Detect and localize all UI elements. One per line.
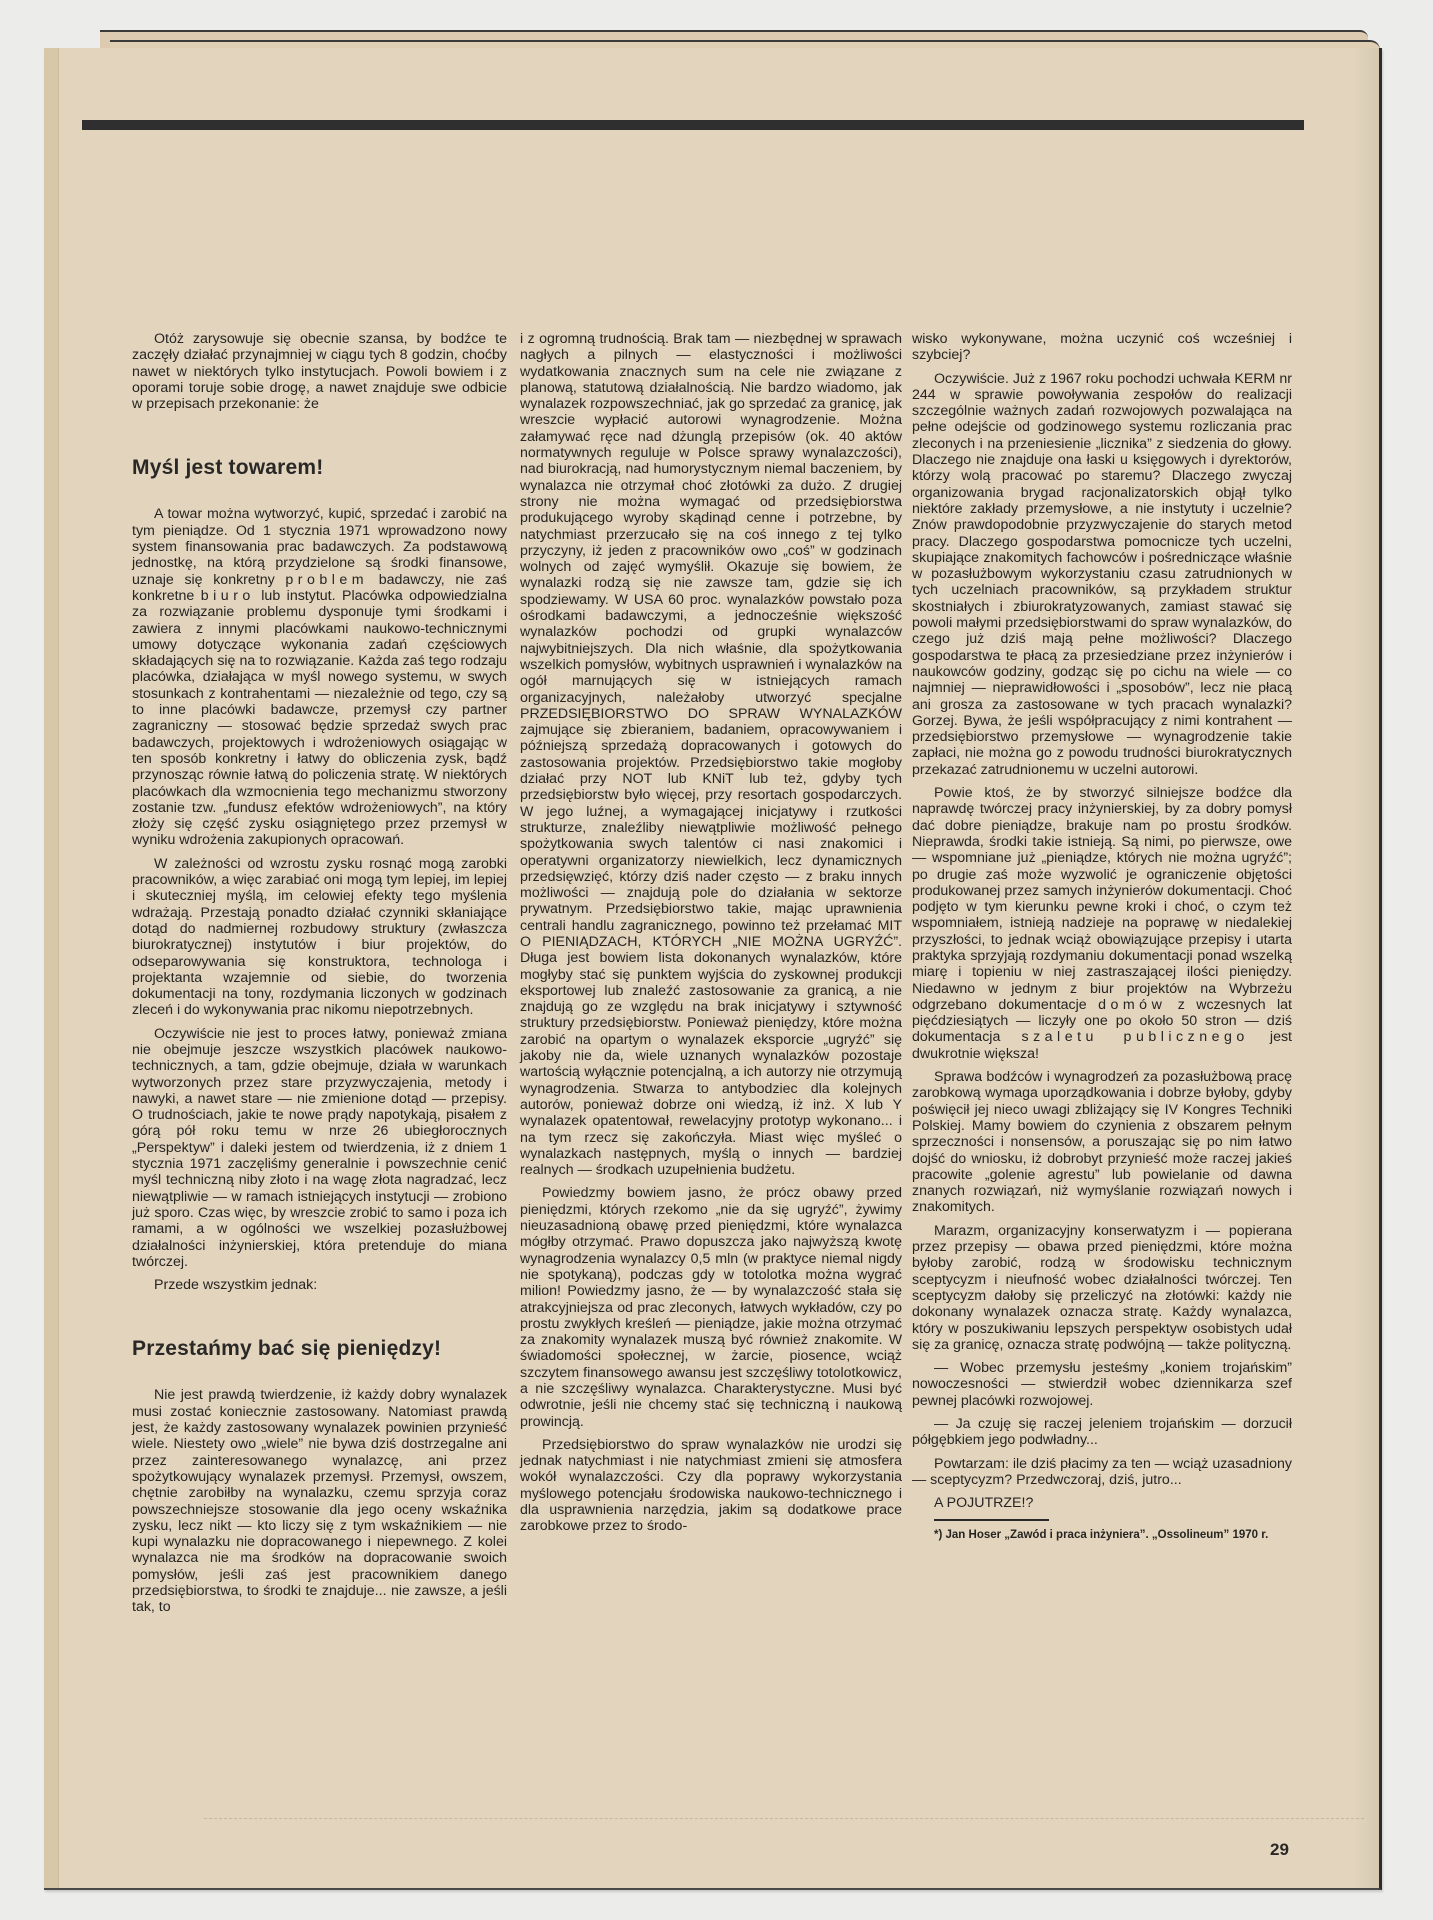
paragraph: i z ogromną trudnością. Brak tam — niezb… — [520, 331, 902, 1178]
column-2: i z ogromną trudnością. Brak tam — niezb… — [520, 331, 902, 1542]
paragraph: Powiedzmy bowiem jasno, że prócz obawy p… — [520, 1185, 902, 1429]
fold-line — [204, 1818, 1364, 1820]
column-3: wisko wykonywane, można uczynić coś wcze… — [912, 331, 1292, 1549]
footnote-divider — [934, 1519, 1049, 1521]
paragraph: wisko wykonywane, można uczynić coś wcze… — [912, 331, 1292, 364]
paragraph: Przedsiębiorstwo do spraw wynalazków nie… — [520, 1437, 902, 1535]
emphasis-spaced: szaletu publicznego — [1021, 1029, 1248, 1045]
section-heading-1: Myśl jest towarem! — [132, 456, 507, 480]
top-rule — [82, 120, 1304, 130]
dialogue-line: — Ja czuję się raczej jeleniem trojański… — [912, 1416, 1292, 1449]
paragraph: Marazm, organizacyjny konserwatyzm i — p… — [912, 1223, 1292, 1353]
paragraph: Otóż zarysowuje się obecnie szansa, by b… — [132, 331, 507, 412]
paragraph: A towar można wytworzyć, kupić, sprzedać… — [132, 506, 507, 848]
emphasis-spaced: domów — [1098, 997, 1166, 1013]
column-1: Otóż zarysowuje się obecnie szansa, by b… — [132, 331, 507, 1623]
paragraph: Powtarzam: ile dziś płacimy za ten — wci… — [912, 1456, 1292, 1489]
emphasis-spaced: problem — [285, 572, 368, 588]
paragraph: W zależności od wzrostu zysku rosnąć mog… — [132, 856, 507, 1019]
dialogue-line: — Wobec przemysłu jesteśmy „koniem troja… — [912, 1360, 1292, 1409]
paragraph: Powie ktoś, że by stworzyć silniejsze bo… — [912, 785, 1292, 1062]
page-spine — [44, 48, 59, 1888]
closing-line: A POJUTRZE!? — [912, 1495, 1292, 1511]
emphasis-spaced: biuro — [201, 588, 255, 604]
magazine-page: Otóż zarysowuje się obecnie szansa, by b… — [44, 48, 1382, 1890]
text-run: Powie ktoś, że by stworzyć silniejsze bo… — [912, 785, 1292, 1013]
paragraph: Oczywiście. Już z 1967 roku pochodzi uch… — [912, 371, 1292, 778]
page-number: 29 — [1270, 1840, 1289, 1860]
paragraph: Nie jest prawdą twierdzenie, iż każdy do… — [132, 1387, 507, 1615]
paragraph: Przede wszystkim jednak: — [132, 1277, 507, 1293]
text-run: lub instytut. Placówka odpowiedzialna za… — [132, 588, 507, 848]
footnote: *) Jan Hoser „Zawód i praca inżyniera”. … — [912, 1529, 1292, 1542]
paragraph: Sprawa bodźców i wynagrodzeń za pozasłuż… — [912, 1069, 1292, 1216]
section-heading-2: Przestańmy bać się pieniędzy! — [132, 1337, 507, 1361]
paragraph: Oczywiście nie jest to proces łatwy, pon… — [132, 1026, 507, 1270]
